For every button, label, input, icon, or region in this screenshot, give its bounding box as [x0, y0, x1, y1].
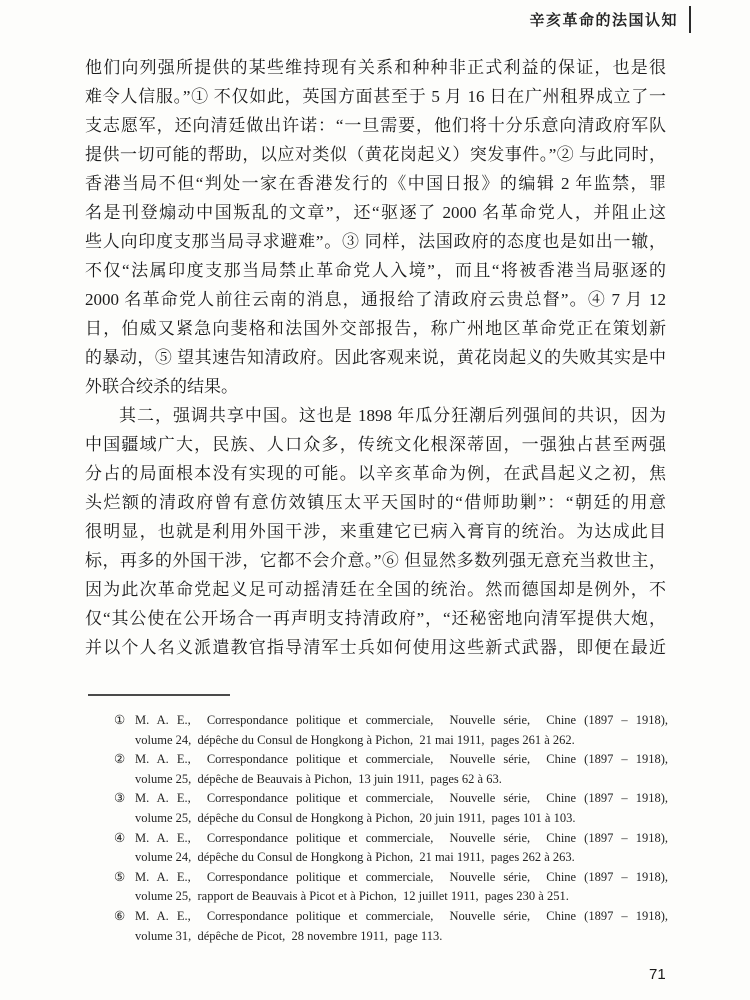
footnote-line: volume 25, rapport de Beauvais à Picot e…: [135, 887, 668, 907]
footnote-3: ③ M. A. E., Correspondance politique et …: [114, 789, 668, 828]
footnote-line: M. A. E., Correspondance politique et co…: [135, 789, 668, 809]
body-text: 他们向列强所提供的某些维持现有关系和种种非正式利益的保证，也是很 难令人信服。”…: [85, 53, 666, 662]
body-line: 其二，强调共享中国。这也是 1898 年瓜分狂潮后列强间的共识，因为: [85, 401, 666, 430]
footnote-marker: ⑤: [114, 868, 135, 907]
footnotes-section: ① M. A. E., Correspondance politique et …: [114, 711, 668, 946]
body-line: 些人向印度支那当局寻求避难”。③ 同样，法国政府的态度也是如出一辙，: [85, 227, 666, 256]
footnote-text: M. A. E., Correspondance politique et co…: [135, 750, 668, 789]
body-line: 香港当局不但“判处一家在香港发行的《中国日报》的编辑 2 年监禁，罪: [85, 169, 666, 198]
paragraph-1: 他们向列强所提供的某些维持现有关系和种种非正式利益的保证，也是很 难令人信服。”…: [85, 53, 666, 401]
body-line: 名是刊登煽动中国叛乱的文章”，还“驱逐了 2000 名革命党人，并阻止这: [85, 198, 666, 227]
footnote-5: ⑤ M. A. E., Correspondance politique et …: [114, 868, 668, 907]
body-line: 2000 名革命党人前往云南的消息，通报给了清政府云贵总督”。④ 7 月 12: [85, 285, 666, 314]
footnote-2: ② M. A. E., Correspondance politique et …: [114, 750, 668, 789]
body-line: 标，再多的外国干涉，它都不会介意。”⑥ 但显然多数列强无意充当救世主，: [85, 546, 666, 575]
body-line: 很明显，也就是利用外国干涉，来重建它已病入膏肓的统治。为达成此目: [85, 517, 666, 546]
footnote-line: M. A. E., Correspondance politique et co…: [135, 868, 668, 888]
body-line: 的暴动，⑤ 望其速告知清政府。因此客观来说，黄花岗起义的失败其实是中: [85, 343, 666, 372]
body-line: 他们向列强所提供的某些维持现有关系和种种非正式利益的保证，也是很: [85, 53, 666, 82]
book-page: 辛亥革命的法国认知 他们向列强所提供的某些维持现有关系和种种非正式利益的保证，也…: [0, 0, 750, 1000]
footnote-text: M. A. E., Correspondance politique et co…: [135, 868, 668, 907]
page-header: 辛亥革命的法国认知: [529, 6, 691, 33]
body-line: 仅“其公使在公开场合一再声明支持清政府”，“还秘密地向清军提供大炮，: [85, 604, 666, 633]
body-line: 支志愿军，还向清廷做出许诺：“一旦需要，他们将十分乐意向清政府军队: [85, 111, 666, 140]
body-line: 并以个人名义派遣教官指导清军士兵如何使用这些新式武器，即便在最近: [85, 633, 666, 662]
body-line: 外联合绞杀的结果。: [85, 372, 666, 401]
footnote-line: volume 25, dépêche du Consul de Hongkong…: [135, 809, 668, 829]
footnote-4: ④ M. A. E., Correspondance politique et …: [114, 829, 668, 868]
page-number: 71: [649, 966, 666, 983]
body-line: 因为此次革命党起义足可动摇清廷在全国的统治。然而德国却是例外，不: [85, 575, 666, 604]
footnote-line: volume 24, dépêche du Consul de Hongkong…: [135, 731, 668, 751]
footnote-line: volume 24, dépêche du Consul de Hongkong…: [135, 848, 668, 868]
footnote-6: ⑥ M. A. E., Correspondance politique et …: [114, 907, 668, 946]
footnote-line: volume 31, dépêche de Picot, 28 novembre…: [135, 927, 668, 947]
body-line: 不仅“法属印度支那当局禁止革命党人入境”，而且“将被香港当局驱逐的: [85, 256, 666, 285]
header-divider-bar: [689, 6, 691, 33]
footnote-marker: ②: [114, 750, 135, 789]
body-line: 分占的局面根本没有实现的可能。以辛亥革命为例，在武昌起义之初，焦: [85, 459, 666, 488]
body-line: 日，伯威又紧急向斐格和法国外交部报告，称广州地区革命党正在策划新: [85, 314, 666, 343]
footnote-divider-rule: [88, 694, 230, 696]
footnote-marker: ③: [114, 789, 135, 828]
footnote-text: M. A. E., Correspondance politique et co…: [135, 711, 668, 750]
footnote-marker: ①: [114, 711, 135, 750]
body-line: 提供一切可能的帮助，以应对类似（黄花岗起义）突发事件。”② 与此同时，: [85, 140, 666, 169]
footnote-text: M. A. E., Correspondance politique et co…: [135, 907, 668, 946]
body-line: 头烂额的清政府曾有意仿效镇压太平天国时的“借师助剿”：“朝廷的用意: [85, 488, 666, 517]
footnote-line: M. A. E., Correspondance politique et co…: [135, 750, 668, 770]
body-line: 难令人信服。”① 不仅如此，英国方面甚至于 5 月 16 日在广州租界成立了一: [85, 82, 666, 111]
footnote-line: M. A. E., Correspondance politique et co…: [135, 711, 668, 731]
footnote-line: volume 25, dépêche de Beauvais à Pichon,…: [135, 770, 668, 790]
paragraph-2: 其二，强调共享中国。这也是 1898 年瓜分狂潮后列强间的共识，因为 中国疆域广…: [85, 401, 666, 662]
footnote-marker: ④: [114, 829, 135, 868]
running-header-title: 辛亥革命的法国认知: [529, 9, 678, 30]
footnote-marker: ⑥: [114, 907, 135, 946]
body-line: 中国疆域广大，民族、人口众多，传统文化根深蒂固，一强独占甚至两强: [85, 430, 666, 459]
footnote-1: ① M. A. E., Correspondance politique et …: [114, 711, 668, 750]
footnote-text: M. A. E., Correspondance politique et co…: [135, 789, 668, 828]
footnote-text: M. A. E., Correspondance politique et co…: [135, 829, 668, 868]
footnote-line: M. A. E., Correspondance politique et co…: [135, 829, 668, 849]
footnote-line: M. A. E., Correspondance politique et co…: [135, 907, 668, 927]
